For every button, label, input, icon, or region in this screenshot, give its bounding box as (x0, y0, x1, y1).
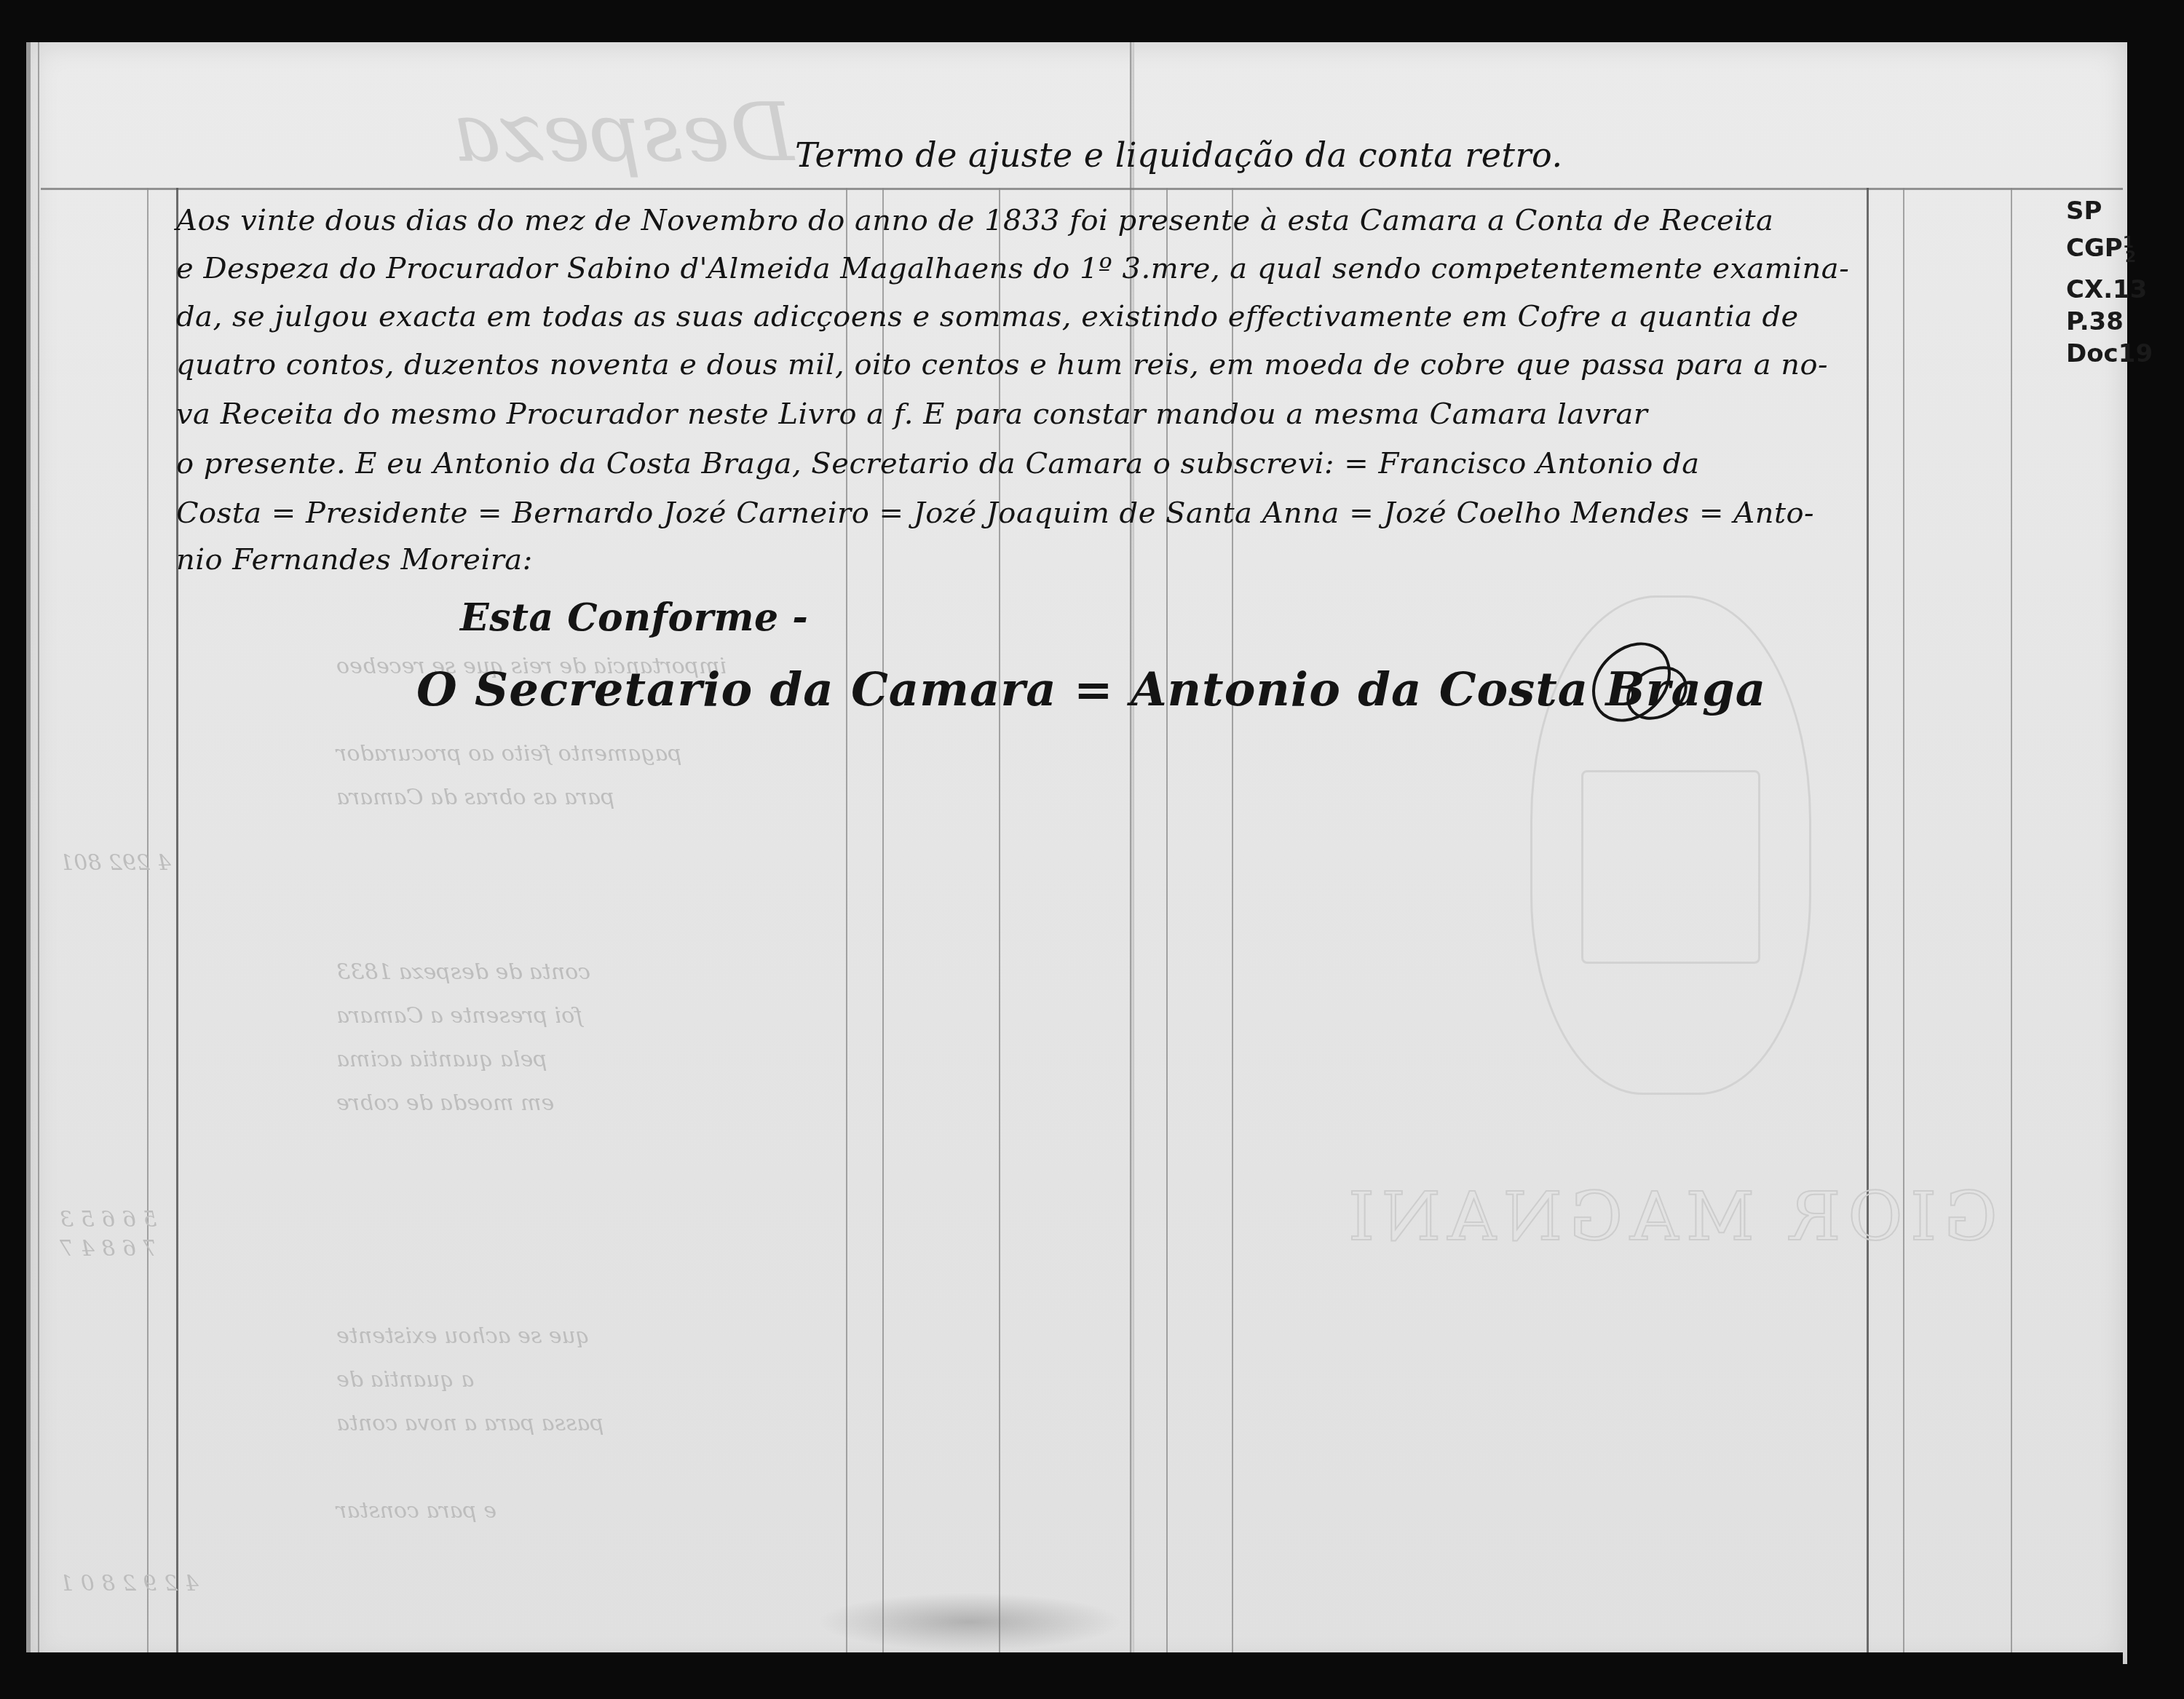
heading-rule (41, 188, 2123, 190)
label-line-box: CX.13 (2066, 274, 2153, 306)
label-line-sp: SP (2066, 195, 2153, 227)
bleed-through-heading: Despeza (453, 86, 794, 179)
archive-call-number: SP CGP12 CX.13 P.38 Doc19 (2066, 195, 2153, 370)
body-line: Costa = Presidente = Bernardo Jozé Carne… (176, 496, 1814, 530)
bleed-through-text: para as obras da Camara (336, 785, 614, 810)
bleed-through-text: pagamento feito ao procurador (336, 741, 682, 767)
scan-border (26, 1652, 2123, 1699)
bleed-through-text: 7 6 8 4 7 (60, 1236, 157, 1262)
body-line: da, se julgou exacta em todas as suas ad… (176, 300, 1799, 333)
page-gutter (1130, 42, 1134, 1664)
attestation-text: Esta Conforme - (460, 595, 808, 640)
body-line: nio Fernandes Moreira: (176, 543, 533, 577)
document-title: Termo de ajuste e liquidação da conta re… (795, 135, 1563, 175)
column-rule (38, 42, 39, 1664)
body-line: quatro contos, duzentos noventa e dous m… (176, 348, 1828, 381)
bleed-through-text: 4 292 801 (60, 850, 171, 876)
cgp-fraction-bottom: 2 (2125, 248, 2136, 266)
watermark-text: GIOR MAGNANI (1341, 1178, 1998, 1256)
bleed-through-text: 4 2 9 2 8 0 1 (60, 1571, 199, 1596)
body-line: o presente. E eu Antonio da Costa Braga,… (176, 447, 1700, 480)
bleed-through-text: passa para a nova conta (336, 1411, 604, 1436)
column-rule (1867, 188, 1869, 1664)
document-page: Despeza importancia de reis que se receb… (26, 42, 2127, 1664)
column-rule (1903, 188, 1904, 1664)
secretary-signature: O Secretario da Camara = Antonio da Cost… (416, 662, 1766, 717)
label-line-pasta: P.38 (2066, 306, 2153, 338)
label-line-doc: Doc19 (2066, 338, 2153, 370)
paper-stain (817, 1593, 1123, 1651)
bleed-through-text: a quantia de (336, 1367, 474, 1393)
column-rule (2011, 188, 2012, 1664)
label-line-cgp: CGP12 (2066, 227, 2153, 274)
bleed-through-text: pela quantia acima (336, 1047, 547, 1072)
bleed-through-text: 5 6 6 5 3 (60, 1207, 157, 1232)
bleed-through-text: e para constar (336, 1498, 496, 1524)
bleed-through-text: foi presente a Camara (336, 1003, 582, 1029)
body-line: Aos vinte dous dias do mez de Novembro d… (176, 204, 1773, 237)
watermark-crest-inner (1581, 770, 1760, 964)
column-rule (147, 188, 149, 1664)
bleed-through-text: em moeda de cobre (336, 1090, 554, 1116)
body-line: va Receita do mesmo Procurador neste Liv… (176, 397, 1647, 431)
bleed-through-text: conta de despeza 1833 (336, 959, 590, 985)
bleed-through-text: que se achou existente (336, 1323, 590, 1349)
body-line: e Despeza do Procurador Sabino d'Almeida… (176, 252, 1849, 285)
